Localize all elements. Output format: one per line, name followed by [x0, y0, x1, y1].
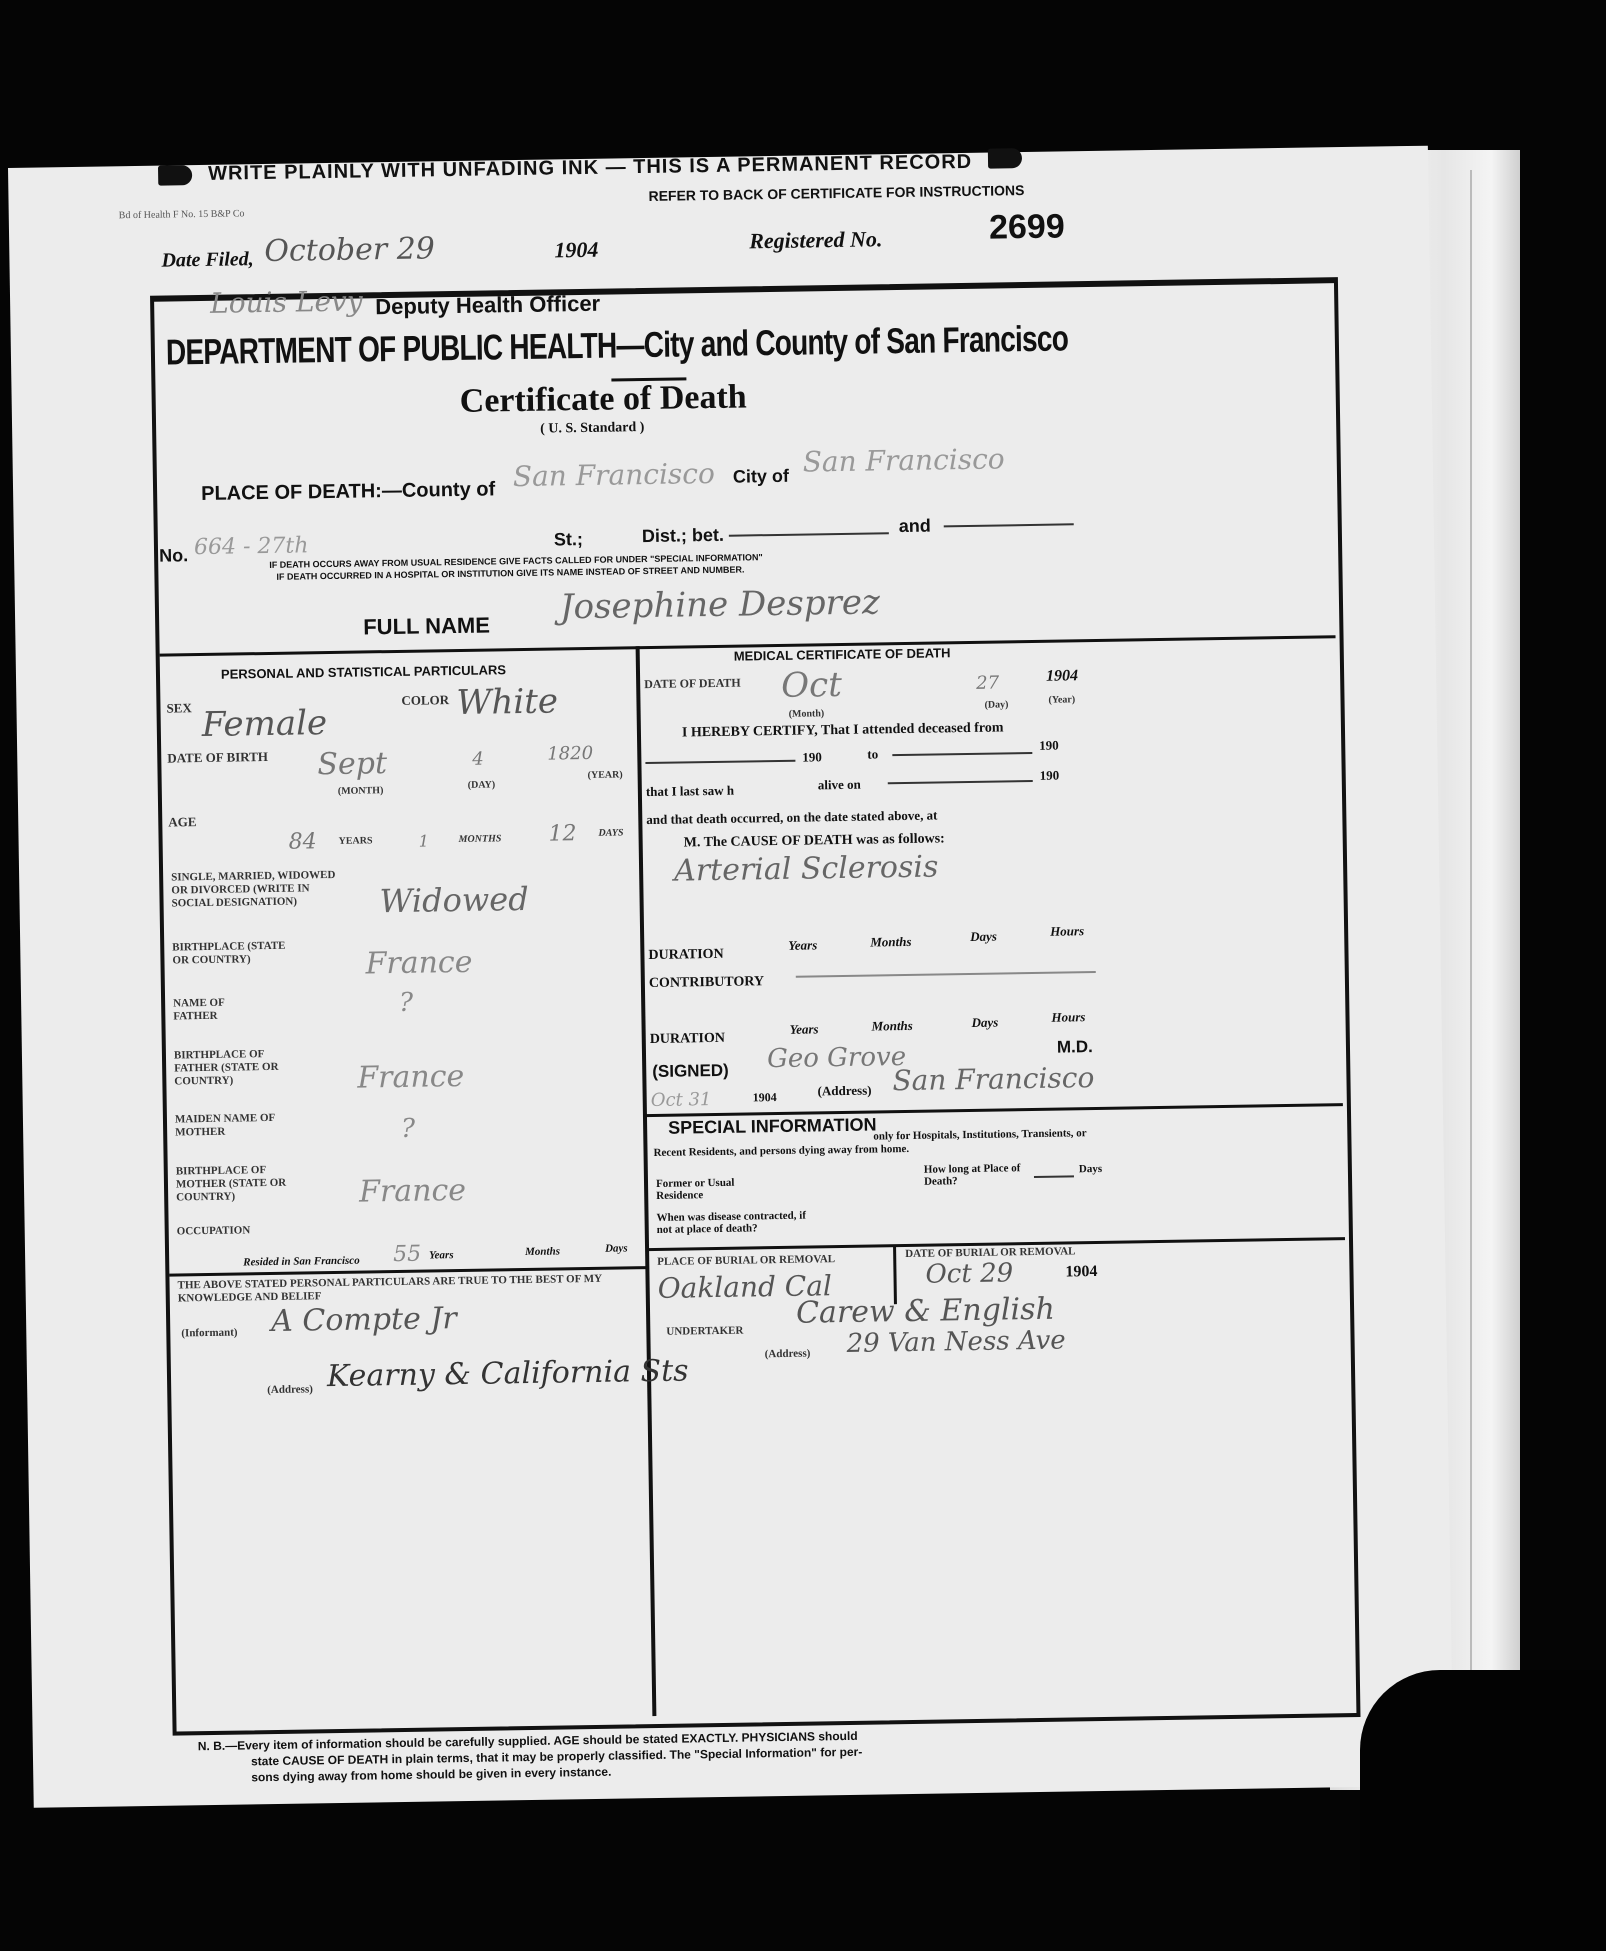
page-edge-line — [1470, 170, 1472, 1770]
dob-year-label: (Year) — [588, 768, 623, 782]
father-name-value: ? — [399, 988, 413, 1018]
birthplace-value: France — [365, 945, 472, 982]
resided-days-label: Days — [605, 1242, 628, 1254]
dob-day: 4 — [472, 749, 484, 770]
mother-maiden-label: MAIDEN NAME OF MOTHER — [175, 1111, 305, 1139]
death-certificate: WRITE PLAINLY WITH UNFADING INK — THIS I… — [8, 146, 1454, 1808]
banner-text: WRITE PLAINLY WITH UNFADING INK — THIS I… — [208, 151, 972, 186]
certify-190b: 190 — [1039, 738, 1059, 754]
mother-birthplace-value: France — [359, 1173, 466, 1210]
age-years-label: Years — [339, 834, 373, 848]
age-days-label: Days — [598, 826, 623, 839]
deputy-label: Deputy Health Officer — [375, 291, 600, 321]
resided-years-label: Years — [429, 1249, 454, 1261]
certificate-title: Certificate of Death — [459, 378, 747, 421]
certify-190a: 190 — [802, 749, 822, 765]
informant-value: A Compte Jr — [271, 1301, 457, 1339]
color-label: COLOR — [401, 693, 449, 707]
age-months-label: Months — [459, 832, 502, 846]
dob-year: 1820 — [547, 743, 593, 765]
dob-label: DATE OF BIRTH — [167, 750, 268, 765]
father-birthplace-label: BIRTHPLACE OF FATHER (State or Country) — [174, 1047, 305, 1088]
duration-hours-label: Hours — [1050, 923, 1084, 940]
father-birthplace-value: France — [357, 1059, 464, 1096]
md-label: M.D. — [1057, 1037, 1093, 1058]
mother-birthplace-label: BIRTHPLACE OF MOTHER (State or Country) — [176, 1163, 307, 1204]
certify-to: to — [867, 746, 878, 762]
signed-year: 1904 — [753, 1090, 777, 1105]
birthplace-label: BIRTHPLACE (State or Country) — [172, 939, 302, 967]
date-filed-label: Date Filed, — [161, 248, 254, 272]
city-value: San Francisco — [802, 442, 1004, 478]
dod-year-label: (Year) — [1048, 693, 1075, 706]
resided-months-label: Months — [525, 1245, 560, 1258]
sex-value: Female — [201, 703, 327, 745]
duration-2-years-label: Years — [790, 1021, 819, 1037]
last-saw-label: that I last saw h — [646, 783, 734, 800]
place-of-death-label: PLACE OF DEATH:—County of — [201, 478, 495, 506]
physician-address-value: San Francisco — [892, 1061, 1094, 1097]
physician-signature: Geo Grove — [767, 1042, 906, 1074]
sex-label: SEX — [166, 701, 191, 714]
dod-month-label: (Month) — [789, 707, 825, 721]
physician-address-label: (Address) — [817, 1083, 871, 1100]
pointing-hand-icon — [988, 148, 1022, 169]
marital-label: SINGLE, MARRIED, WIDOWED OR DIVORCED (Wr… — [171, 869, 352, 911]
how-long-days-label: Days — [1079, 1163, 1102, 1175]
dist-label: Dist.; bet. — [642, 525, 724, 547]
duration-days-label: Days — [970, 929, 997, 945]
age-years: 84 — [288, 829, 316, 854]
dod-day-label: (Day) — [984, 698, 1008, 711]
dod-year: 1904 — [1046, 667, 1078, 686]
undertaker-value: Carew & English — [796, 1292, 1055, 1331]
dob-month-label: (Month) — [338, 784, 384, 798]
signed-label: (SIGNED) — [652, 1061, 729, 1082]
duration-2-hours-label: Hours — [1051, 1009, 1085, 1026]
resided-years: 55 — [393, 1242, 421, 1267]
date-filed-value: October 29 — [264, 231, 435, 269]
burial-year: 1904 — [1065, 1263, 1097, 1282]
mother-maiden-value: ? — [401, 1114, 415, 1144]
father-name-label: NAME OF FATHER — [173, 996, 263, 1023]
cause-value: Arterial Sclerosis — [674, 849, 939, 888]
age-months: 1 — [418, 831, 428, 850]
age-label: AGE — [168, 815, 196, 828]
county-value: San Francisco — [513, 457, 715, 493]
dod-day: 27 — [976, 672, 999, 693]
duration-label: DURATION — [648, 947, 723, 964]
and-label: and — [899, 516, 931, 538]
duration-months-label: Months — [870, 934, 911, 951]
duration-2-label: DURATION — [650, 1031, 725, 1048]
informant-label: (Informant) — [181, 1327, 237, 1341]
certificate-subtitle: ( U. S. Standard ) — [540, 420, 644, 438]
dob-day-label: (Day) — [468, 778, 496, 791]
how-long-label: How long at Place of Death? — [924, 1162, 1024, 1188]
undertaker-address-label: (Address) — [765, 1348, 811, 1362]
duration-years-label: Years — [788, 937, 817, 953]
scanner-shadow — [1360, 1670, 1606, 1951]
duration-2-months-label: Months — [871, 1018, 912, 1035]
undertaker-label: UNDERTAKER — [666, 1325, 743, 1339]
color-value: White — [456, 681, 558, 723]
pointing-hand-icon — [158, 165, 192, 186]
duration-2-days-label: Days — [971, 1015, 998, 1031]
street-no-value: 664 - 27th — [194, 533, 309, 560]
city-label: City of — [733, 466, 789, 488]
occupation-label: OCCUPATION — [177, 1224, 251, 1238]
informant-address-value: Kearny & California Sts — [327, 1353, 689, 1394]
street-no-label: No. — [159, 545, 188, 566]
date-filed-year: 1904 — [554, 237, 598, 264]
resided-label: Resided in San Francisco — [243, 1255, 360, 1269]
printer-mark: Bd of Health F No. 15 B&P Co — [119, 208, 245, 221]
registered-label: Registered No. — [749, 226, 883, 254]
alive-on-label: alive on — [818, 777, 861, 794]
contributory-label: CONTRIBUTORY — [649, 974, 764, 992]
former-residence-label: Former or Usual Residence — [656, 1177, 746, 1202]
marital-value: Widowed — [379, 880, 529, 920]
deputy-signature: Louis Levy — [210, 284, 363, 319]
dod-month: Oct — [781, 665, 842, 706]
undertaker-address-value: 29 Van Ness Ave — [846, 1326, 1066, 1359]
dob-month: Sept — [317, 746, 387, 782]
full-name-value: Josephine Desprez — [560, 582, 881, 627]
signed-date: Oct 31 — [651, 1089, 712, 1111]
age-days: 12 — [548, 821, 576, 846]
st-label: St.; — [554, 529, 583, 550]
instructions-text: REFER TO BACK OF CERTIFICATE FOR INSTRUC… — [648, 182, 1024, 204]
burial-date-value: Oct 29 — [925, 1258, 1013, 1289]
footnote-line-3: sons dying away from home should be give… — [251, 1765, 611, 1785]
dod-label: DATE OF DEATH — [644, 677, 741, 692]
full-name-label: FULL NAME — [363, 612, 490, 640]
informant-address-label: (Address) — [267, 1383, 313, 1397]
contracted-label: When was disease contracted, if not at p… — [656, 1210, 806, 1236]
certify-190c: 190 — [1040, 768, 1060, 784]
registered-number: 2699 — [989, 207, 1065, 247]
